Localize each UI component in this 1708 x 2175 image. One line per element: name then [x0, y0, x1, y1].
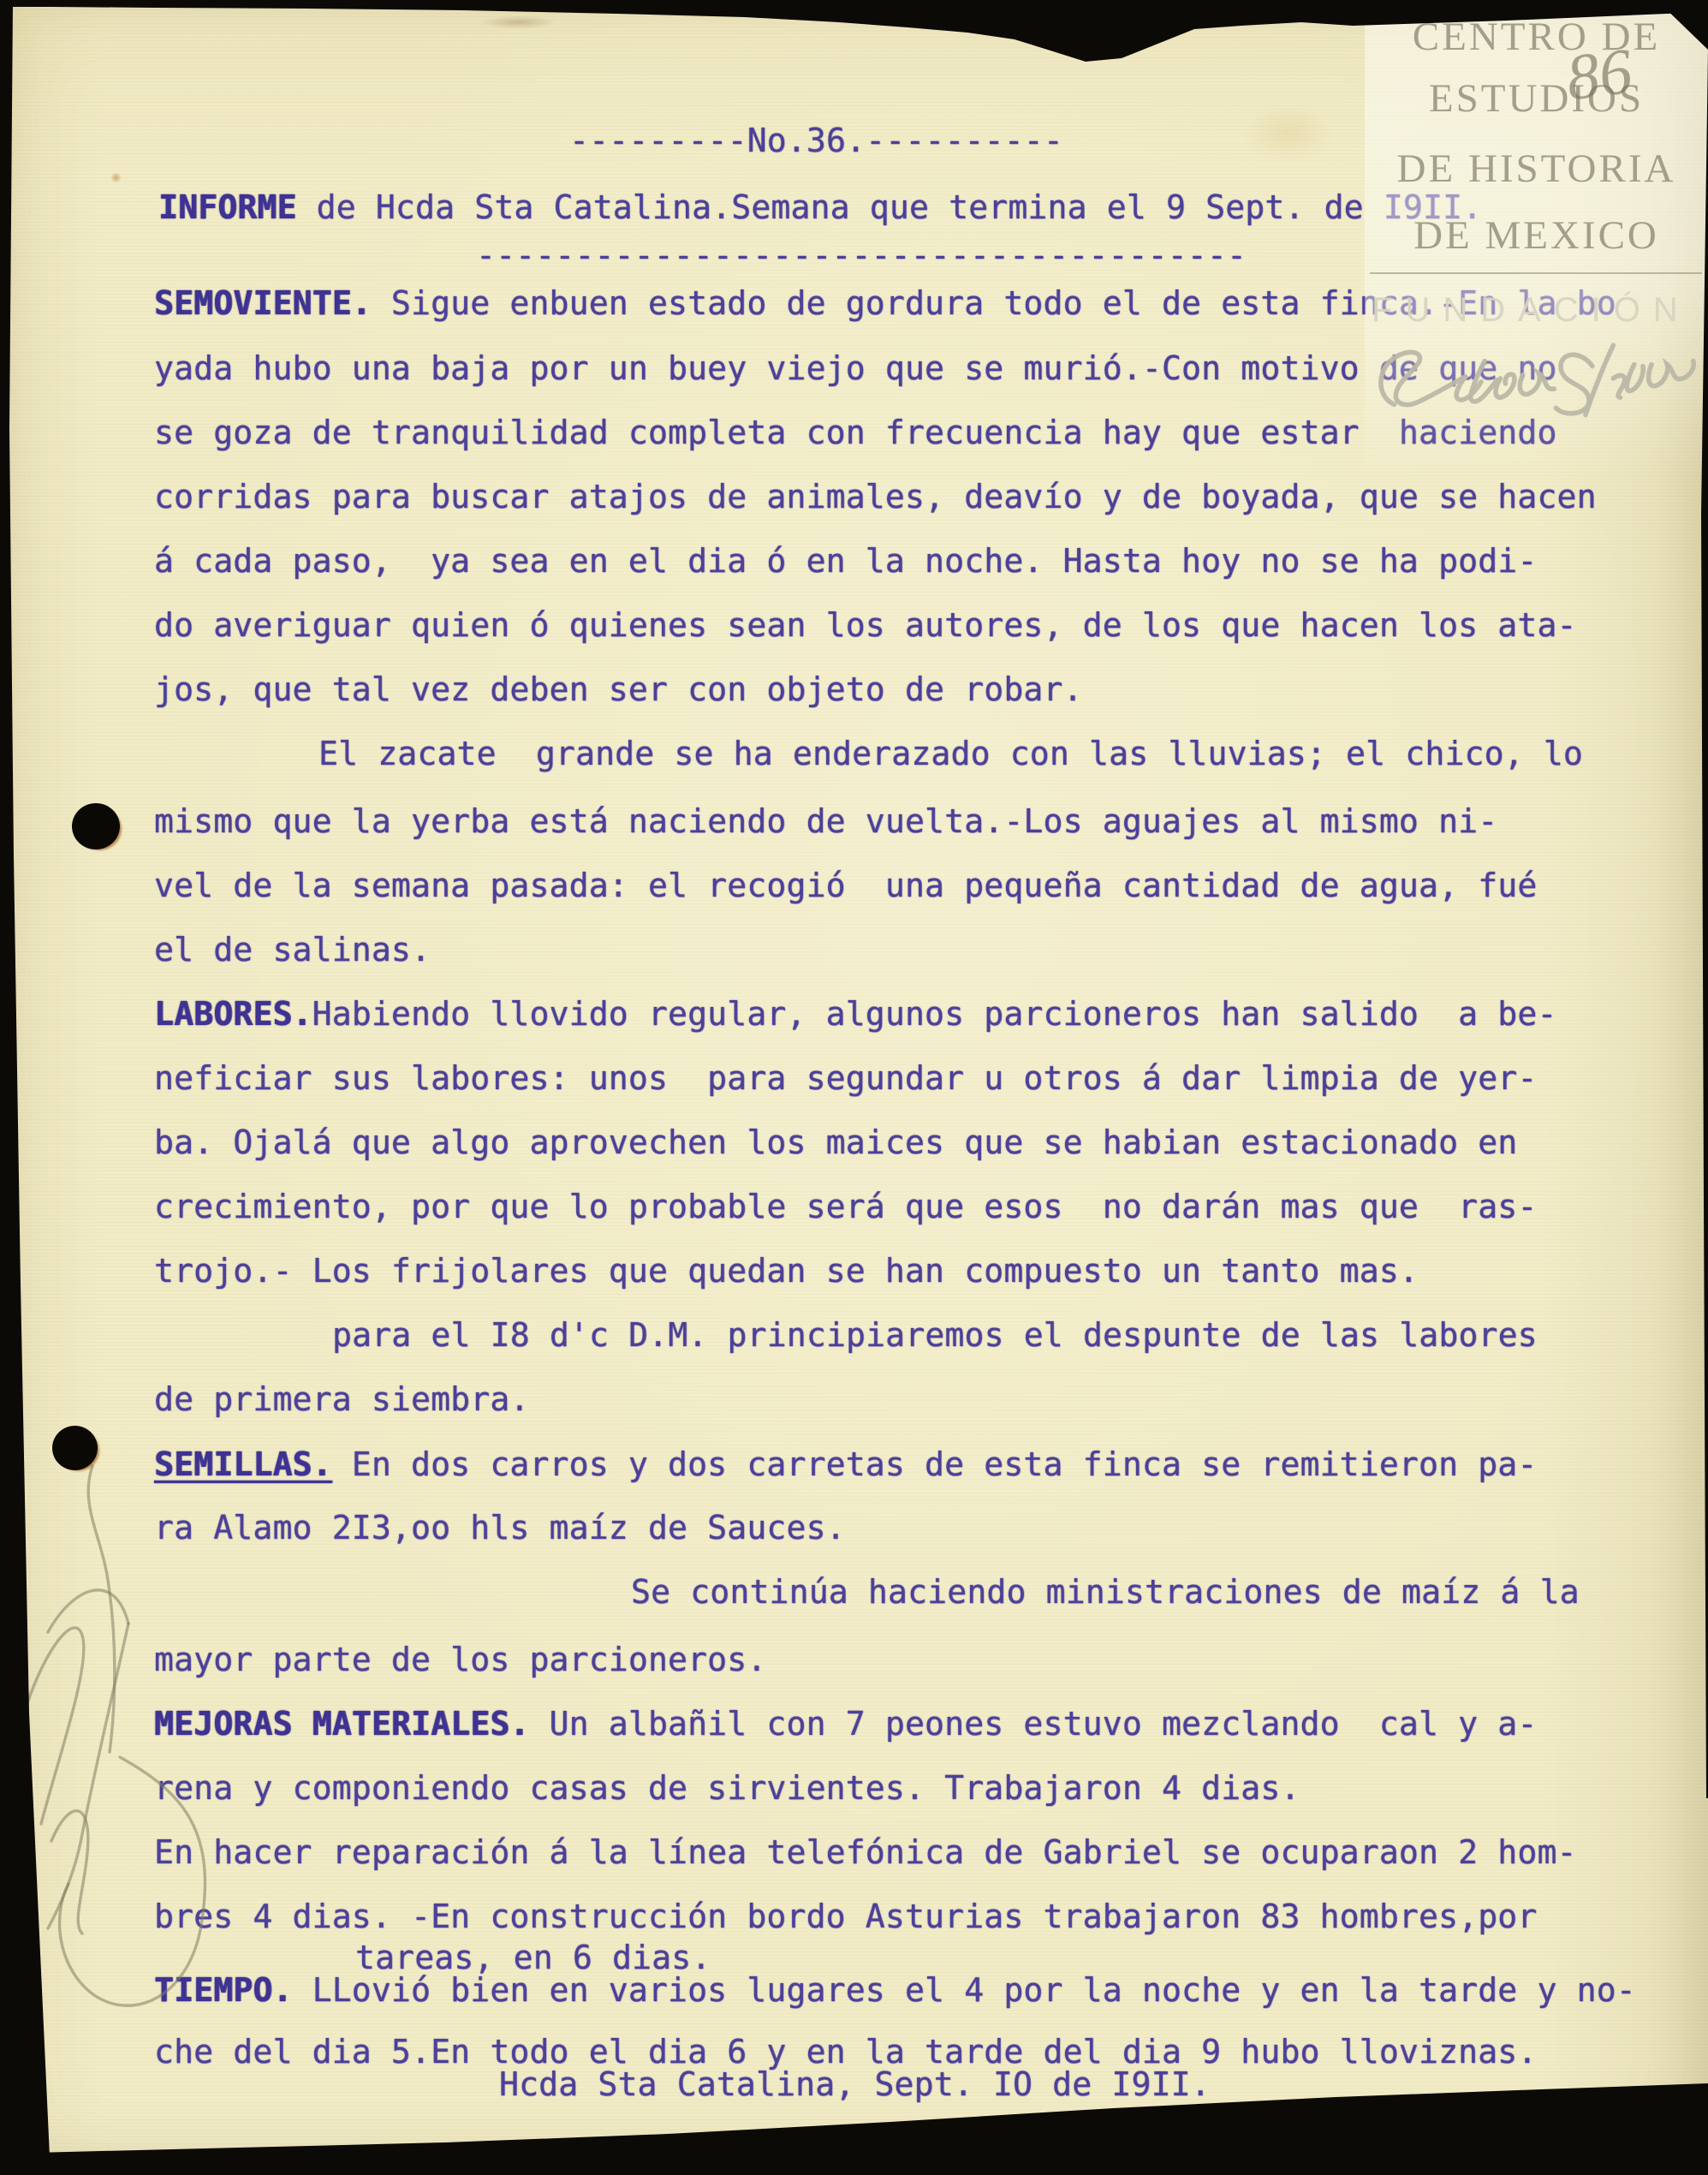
paper-stain: [1241, 103, 1336, 163]
typed-line: para el I8 d'c D.M. principiaremos el de…: [332, 1314, 1538, 1356]
typed-line: INFORME de Hcda Sta Catalina.Semana que …: [158, 187, 1482, 228]
typed-line: corridas para buscar atajos de animales,…: [154, 476, 1597, 517]
typed-line: Se continúa haciendo ministraciones de m…: [631, 1571, 1580, 1612]
typed-line: ra Alamo 2I3,oo hls maíz de Sauces.: [154, 1507, 846, 1548]
typed-line: mismo que la yerba está naciendo de vuel…: [154, 801, 1497, 842]
handwritten-page-number: 86: [1562, 34, 1636, 116]
typed-line: En hacer reparación á la línea telefónic…: [154, 1832, 1577, 1873]
archive-watermark-panel: CENTRO DE ESTUDIOS DE HISTORIA DE MEXICO…: [1365, 0, 1708, 480]
typed-line: á cada paso, ya sea en el dia ó en la no…: [154, 540, 1537, 581]
typed-line: do averiguar quien ó quienes sean los au…: [154, 605, 1577, 646]
typed-line: Hcda Sta Catalina, Sept. IO de I9II.: [499, 2064, 1211, 2105]
typed-line: trojo.- Los frijolares que quedan se han…: [154, 1250, 1419, 1291]
rust-stain: [110, 173, 122, 182]
watermark-text: ESTUDIOS: [1365, 75, 1708, 122]
typed-line: rena y componiendo casas de sirvientes. …: [154, 1767, 1300, 1809]
typed-line: ---------No.36.----------: [569, 120, 1063, 161]
typed-line: de primera siembra.: [154, 1379, 529, 1420]
watermark-text: DE HISTORIA: [1365, 146, 1708, 192]
punch-hole: [72, 803, 120, 849]
typed-line: LABORES.Habiendo llovido regular, alguno…: [154, 993, 1557, 1034]
typed-line: yada hubo una baja por un buey viejo que…: [154, 348, 1557, 389]
typed-line: El zacate grande se ha enderazado con la…: [318, 733, 1583, 774]
watermark-divider: [1370, 272, 1702, 274]
typed-line: vel de la semana pasada: el recogió una …: [154, 865, 1537, 906]
typed-line: el de salinas.: [154, 929, 431, 970]
typed-line: mayor parte de los parcioneros.: [154, 1639, 766, 1680]
watermark-text: CENTRO DE: [1365, 14, 1708, 60]
typed-line: crecimiento, por que lo probable será qu…: [154, 1186, 1537, 1227]
punch-hole: [52, 1426, 98, 1470]
typed-line: neficiar sus labores: unos para segundar…: [154, 1058, 1537, 1099]
typed-line: MEJORAS MATERIALES. Un albañil con 7 peo…: [154, 1703, 1537, 1744]
edge-smudge: [479, 15, 556, 29]
typed-line: bres 4 dias. -En construcción bordo Astu…: [154, 1896, 1537, 1937]
typed-line: SEMOVIENTE. Sigue enbuen estado de gordu…: [154, 283, 1616, 324]
typed-line: TIEMPO. LLovió bien en varios lugares el…: [154, 1969, 1636, 2011]
typed-line: SEMILLAS. En dos carros y dos carretas d…: [154, 1444, 1537, 1485]
scanned-document-page: ---------No.36.----------INFORME de Hcda…: [0, 0, 1708, 2175]
typed-line: jos, que tal vez deben ser con objeto de…: [154, 669, 1083, 710]
typed-line: ---------------------------------------: [476, 235, 1247, 276]
typed-line: ba. Ojalá que algo aprovechen los maices…: [154, 1122, 1517, 1163]
typed-line: se goza de tranquilidad completa con fre…: [154, 412, 1557, 453]
